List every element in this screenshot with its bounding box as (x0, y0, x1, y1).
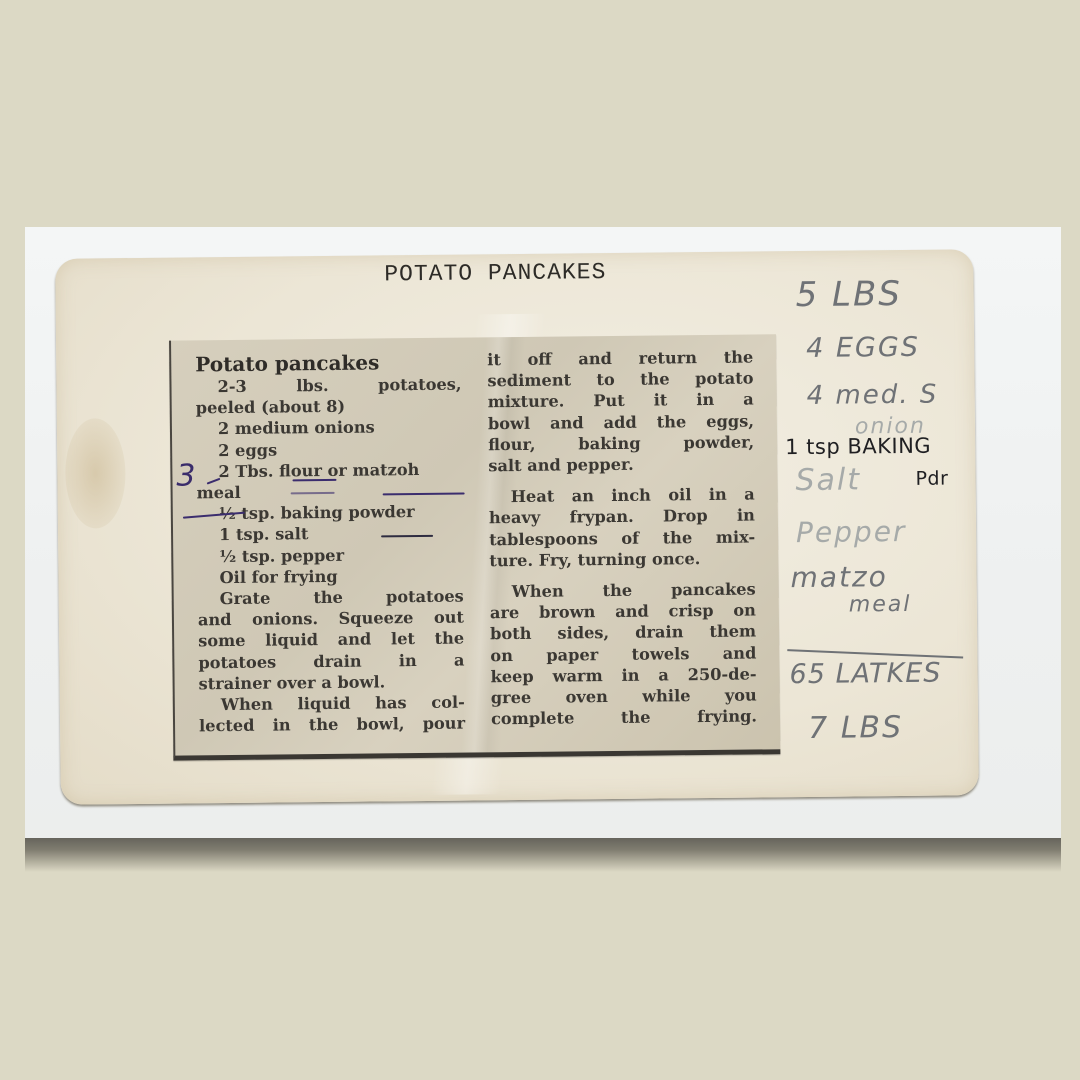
clipping-line: 2-3 lbs. potatoes, (195, 374, 461, 398)
clipping-line: 2 medium onions (196, 416, 462, 440)
clipping-line: 2 eggs (196, 437, 462, 461)
note-65-latkes: 65 LATKES (789, 658, 941, 691)
note-matzo: matzo (790, 560, 888, 594)
clipping-line: Grate the potatoes (198, 586, 464, 610)
clipping-line: peeled (about 8) (196, 395, 462, 419)
clipping-line: 1 tsp. salt (197, 522, 463, 546)
note-pepper: Pepper (796, 515, 907, 549)
clipping-line: and onions. Squeeze out (198, 607, 464, 631)
note-5-lbs: 5 LBS (795, 274, 902, 315)
note-salt: Salt (795, 462, 861, 498)
typed-card-title: POTATO PANCAKES (355, 259, 635, 288)
clipping-line: Oil for frying (197, 564, 463, 588)
paper-shadow (25, 838, 1061, 872)
clipping-left-column: Potato pancakes 2-3 lbs. potatoes,peeled… (195, 350, 465, 737)
clipping-line: gree oven while you (491, 685, 757, 709)
clipping-line: flour, baking powder, (488, 431, 754, 455)
clipping-line: it off and return the (487, 347, 753, 371)
clipping-line: strainer over a bowl. (199, 670, 465, 694)
note-1-tsp-baking: 1 tsp BAKING (785, 434, 931, 460)
card-stain (65, 418, 126, 529)
clipping-line: tablespoons of the mix- (489, 526, 755, 550)
clipping-line: potatoes drain in a (198, 649, 464, 673)
clipping-line: sediment to the potato (487, 368, 753, 392)
clipping-line: on paper towels and (490, 642, 756, 666)
clipping-line: When liquid has col- (199, 692, 465, 716)
clipping-line: are brown and crisp on (490, 600, 756, 624)
clipping-line: ½ tsp. pepper (197, 543, 463, 567)
clipping-line: both sides, drain them (490, 621, 756, 645)
clipping-line: some liquid and let the (198, 628, 464, 652)
note-4-eggs: 4 EGGS (806, 332, 920, 364)
clipping-line: Heat an inch oil in a (489, 484, 755, 508)
clipping-line: ture. Fry, turning once. (489, 547, 755, 571)
clipping-line: salt and pepper. (488, 453, 754, 477)
clipping-line: complete the frying. (491, 706, 757, 730)
note-7-lbs: 7 LBS (808, 710, 903, 746)
clipping-line: lected in the bowl, pour (199, 713, 465, 737)
ink-quantity-correction: 3 (176, 458, 195, 493)
clipping-heading: Potato pancakes (195, 350, 461, 377)
newspaper-clipping: Potato pancakes 2-3 lbs. potatoes,peeled… (169, 334, 780, 760)
note-pdr: Pdr (915, 467, 948, 489)
clipping-line: bowl and add the eggs, (488, 410, 754, 434)
clipping-right-column: it off and return thesediment to the pot… (487, 347, 757, 730)
clipping-line: When the pancakes (490, 579, 756, 603)
clipping-line: mixture. Put it in a (488, 389, 754, 413)
note-4-med-s: 4 med. S (806, 380, 938, 411)
note-meal: meal (849, 592, 912, 618)
clipping-line: keep warm in a 250-de- (490, 663, 756, 687)
clipping-line: heavy frypan. Drop in (489, 505, 755, 529)
handwritten-notes: 5 LBS 4 EGGS 4 med. S onion 1 tsp BAKING… (783, 269, 978, 791)
recipe-card: POTATO PANCAKES Potato pancakes 2-3 lbs.… (55, 249, 979, 805)
